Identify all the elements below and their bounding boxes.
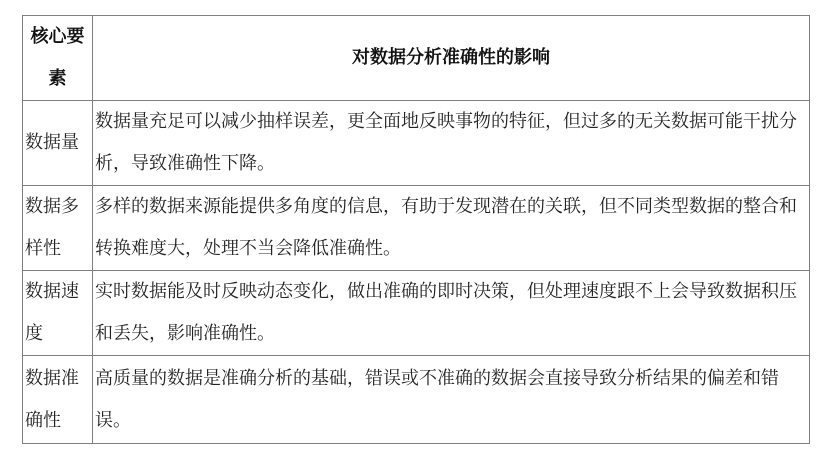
row-desc-data-velocity: 实时数据能及时反映动态变化，做出准确的即时决策，但处理速度跟不上会导致数据积压和… xyxy=(93,271,810,356)
row-key-data-accuracy: 数据准确性 xyxy=(23,356,93,444)
row-desc-data-accuracy: 高质量的数据是准确分析的基础，错误或不准确的数据会直接导致分析结果的偏差和错误。 xyxy=(93,356,810,444)
row-key-data-variety: 数据多样性 xyxy=(23,186,93,271)
header-core-element: 核心要素 xyxy=(23,16,93,101)
header-impact: 对数据分析准确性的影响 xyxy=(93,16,810,101)
row-desc-data-variety: 多样的数据来源能提供多角度的信息，有助于发现潜在的关联，但不同类型数据的整合和转… xyxy=(93,186,810,271)
table-row: 数据准确性 高质量的数据是准确分析的基础，错误或不准确的数据会直接导致分析结果的… xyxy=(23,356,810,444)
table-row: 数据多样性 多样的数据来源能提供多角度的信息，有助于发现潜在的关联，但不同类型数… xyxy=(23,186,810,271)
row-key-data-velocity: 数据速度 xyxy=(23,271,93,356)
data-accuracy-table: 核心要素 对数据分析准确性的影响 数据量 数据量充足可以减少抽样误差，更全面地反… xyxy=(22,15,810,444)
row-desc-data-volume: 数据量充足可以减少抽样误差，更全面地反映事物的特征，但过多的无关数据可能干扰分析… xyxy=(93,101,810,186)
table-row: 数据量 数据量充足可以减少抽样误差，更全面地反映事物的特征，但过多的无关数据可能… xyxy=(23,101,810,186)
row-key-data-volume: 数据量 xyxy=(23,101,93,186)
table-header-row: 核心要素 对数据分析准确性的影响 xyxy=(23,16,810,101)
table-row: 数据速度 实时数据能及时反映动态变化，做出准确的即时决策，但处理速度跟不上会导致… xyxy=(23,271,810,356)
